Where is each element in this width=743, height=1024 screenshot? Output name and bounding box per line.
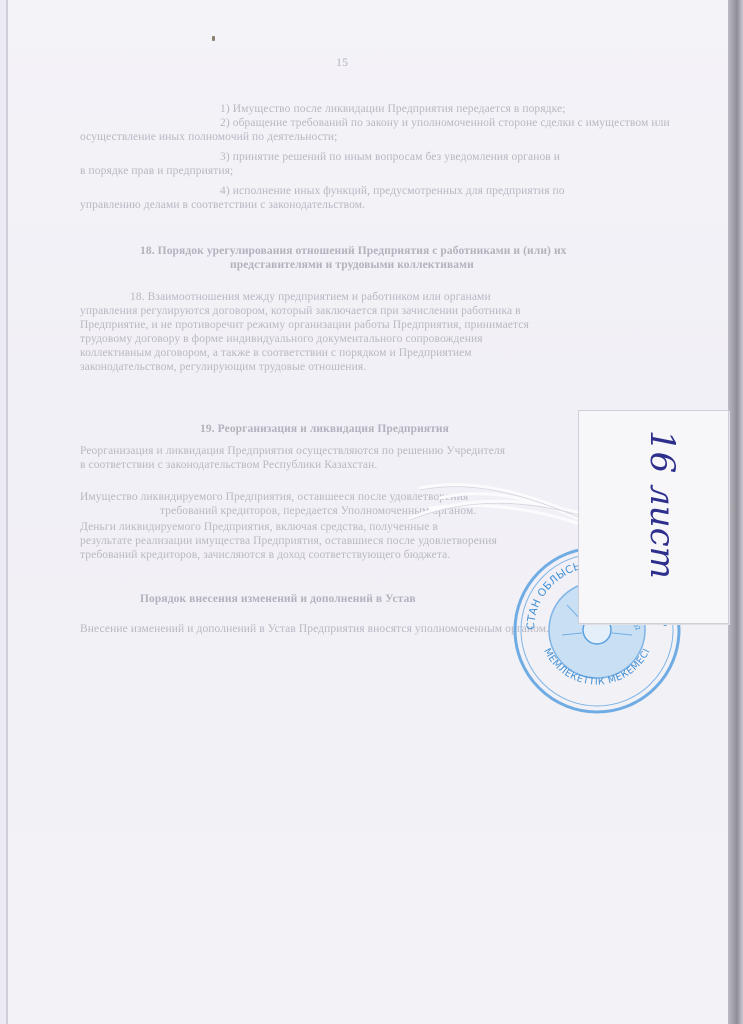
text-line: в соответствии с законодательством Респу… — [80, 458, 377, 472]
text-line: 18. Взаимоотношения между предприятием и… — [130, 290, 491, 304]
text-line: законодательством, регулирующим трудовые… — [80, 360, 366, 374]
text-line: управлению делами в соответствии с закон… — [80, 198, 365, 212]
section-heading: 18. Порядок урегулирования отношений Пре… — [140, 244, 567, 258]
text-line: Внесение изменений и дополнений в Устав … — [80, 622, 549, 636]
scan-speck — [212, 36, 215, 41]
section-heading: 19. Реорганизация и ликвидация Предприят… — [200, 422, 449, 436]
page-number: 15 — [336, 55, 348, 70]
binding-thread — [400, 460, 600, 540]
text-line: 4) исполнение иных функций, предусмотрен… — [220, 184, 565, 198]
text-line: Реорганизация и ликвидация Предприятия о… — [80, 444, 505, 458]
text-line: Деньги ликвидируемого Предприятия, включ… — [80, 520, 438, 534]
text-line: в порядке прав и предприятия; — [80, 164, 233, 178]
text-line: 1) Имущество после ликвидации Предприяти… — [220, 102, 566, 116]
text-line: 3) принятие решений по иным вопросам без… — [220, 150, 560, 164]
scan-edge — [728, 0, 743, 1024]
text-line: коллективным договором, а также в соотве… — [80, 346, 472, 360]
text-line: трудовому договору в форме индивидуально… — [80, 332, 483, 346]
text-line: 2) обращение требований по закону и упол… — [220, 116, 670, 130]
text-line: управления регулируются договором, котор… — [80, 304, 521, 318]
section-heading: представителями и трудовыми коллективами — [230, 258, 474, 272]
text-line: Предприятие, и не противоречит режиму ор… — [80, 318, 529, 332]
binding-label-text: 16 лист — [642, 430, 682, 600]
text-line: требований кредиторов, зачисляются в дох… — [80, 548, 450, 562]
section-heading: Порядок внесения изменений и дополнений … — [140, 592, 416, 606]
text-line: осуществление иных полномочий по деятель… — [80, 130, 337, 144]
